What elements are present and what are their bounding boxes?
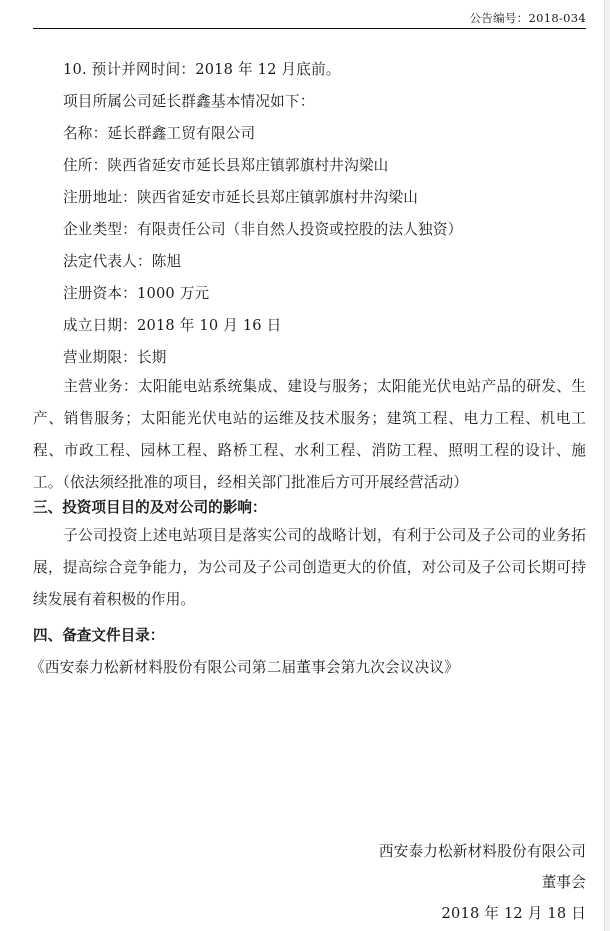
grid-connection-time: 10. 预计并网时间：2018 年 12 月底前。 <box>63 58 341 79</box>
business-scope: 主营业务：太阳能电站系统集成、建设与服务；太阳能光伏电站产品的研发、生产、销售服… <box>33 371 586 499</box>
business-term: 营业期限：长期 <box>63 346 167 367</box>
company-intro: 项目所属公司延长群鑫基本情况如下： <box>63 90 315 111</box>
section4-heading: 四、备查文件目录： <box>33 624 164 645</box>
company-name: 名称：延长群鑫工贸有限公司 <box>63 122 255 143</box>
company-domicile: 住所：陕西省延安市延长县郑庄镇郭旗村井沟梁山 <box>63 154 388 175</box>
announcement-number: 公告编号：2018-034 <box>469 10 586 26</box>
enterprise-type: 企业类型：有限责任公司（非自然人投资或控股的法人独资） <box>63 218 462 239</box>
establishment-date: 成立日期：2018 年 10 月 16 日 <box>63 314 281 335</box>
section3-body-text: 子公司投资上述电站项目是落实公司的战略计划，有利于公司及子公司的业务拓展，提高综… <box>33 527 586 608</box>
reference-document: 《西安泰力松新材料股份有限公司第二届董事会第九次会议决议》 <box>30 656 459 677</box>
registered-capital: 注册资本：1000 万元 <box>63 282 209 303</box>
section3-body: 子公司投资上述电站项目是落实公司的战略计划，有利于公司及子公司的业务拓展，提高综… <box>33 520 586 616</box>
section3-heading: 三、投资项目目的及对公司的影响： <box>33 496 267 517</box>
page-edge <box>604 0 610 931</box>
signature-company: 西安泰力松新材料股份有限公司 <box>379 840 586 861</box>
signature-date: 2018 年 12 月 18 日 <box>442 902 586 923</box>
page-header: 公告编号：2018-034 <box>33 0 586 29</box>
signature-board: 董事会 <box>542 871 586 892</box>
registered-address: 注册地址：陕西省延安市延长县郑庄镇郭旗村井沟梁山 <box>63 186 418 207</box>
business-scope-text: 主营业务：太阳能电站系统集成、建设与服务；太阳能光伏电站产品的研发、生产、销售服… <box>33 378 586 491</box>
legal-representative: 法定代表人：陈旭 <box>63 250 181 271</box>
